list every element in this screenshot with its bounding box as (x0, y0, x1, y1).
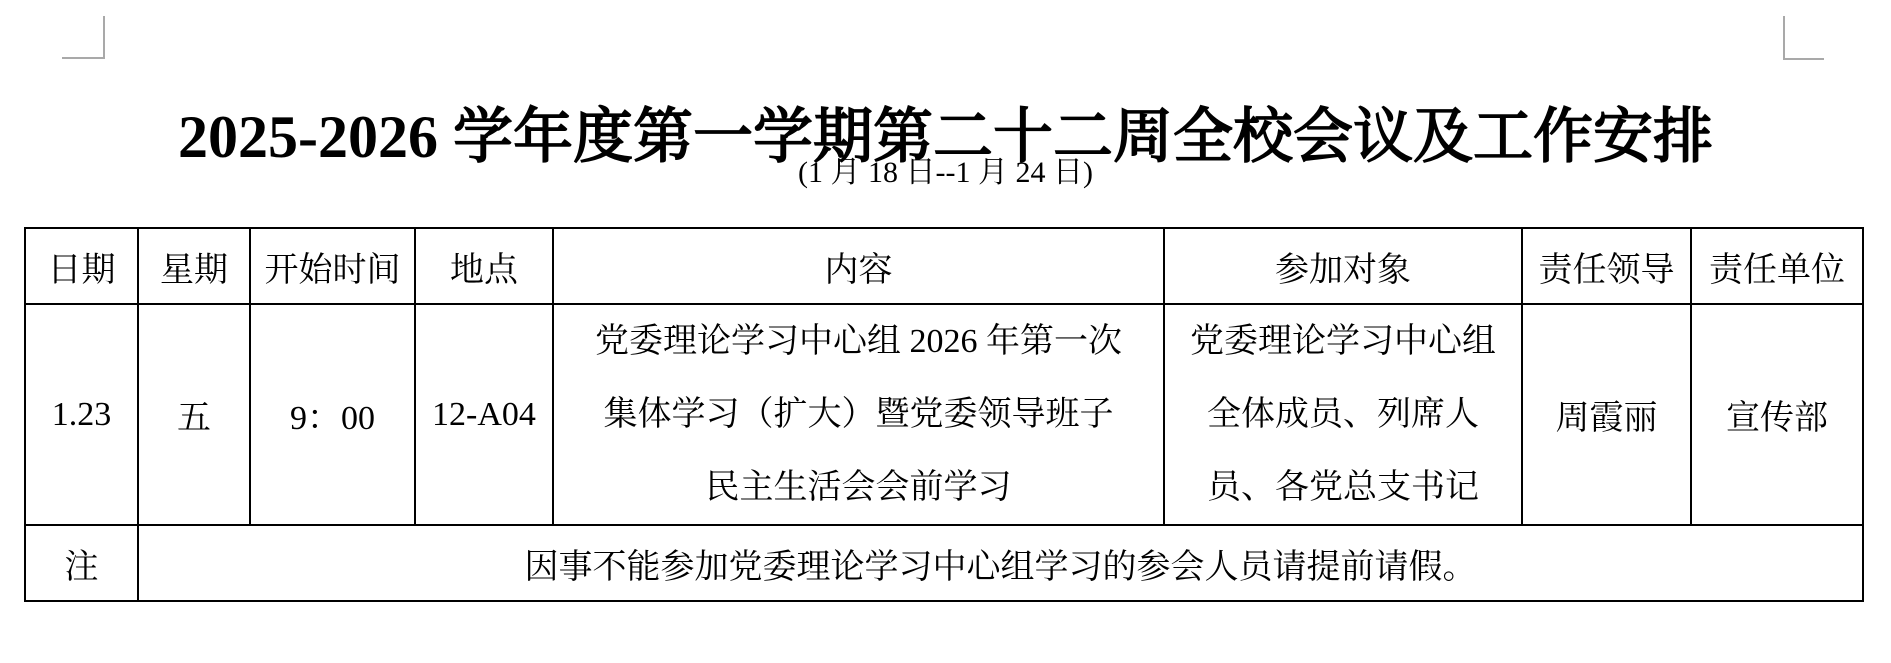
col-header-leader: 责任领导 (1522, 228, 1691, 304)
cell-weekday: 五 (138, 304, 250, 525)
date-range-subtitle: (1 月 18 日--1 月 24 日) (0, 151, 1891, 195)
schedule-table: 日期 星期 开始时间 地点 内容 参加对象 责任领导 责任单位 1.23 五 9… (24, 227, 1864, 602)
col-header-start-time: 开始时间 (250, 228, 415, 304)
table-row: 1.23 五 9：00 12-A04 党委理论学习中心组 2026 年第一次 集… (25, 304, 1863, 525)
col-header-weekday: 星期 (138, 228, 250, 304)
col-header-content: 内容 (553, 228, 1164, 304)
cell-date: 1.23 (25, 304, 138, 525)
note-text: 因事不能参加党委理论学习中心组学习的参会人员请提前请假。 (138, 525, 1863, 601)
cell-content: 党委理论学习中心组 2026 年第一次 集体学习（扩大）暨党委领导班子 民主生活… (553, 304, 1164, 525)
col-header-participants: 参加对象 (1164, 228, 1522, 304)
note-label: 注 (25, 525, 138, 601)
col-header-date: 日期 (25, 228, 138, 304)
cell-location: 12-A04 (415, 304, 553, 525)
cell-participants: 党委理论学习中心组 全体成员、列席人 员、各党总支书记 (1164, 304, 1522, 525)
col-header-location: 地点 (415, 228, 553, 304)
cell-unit: 宣传部 (1691, 304, 1863, 525)
page-margin-mark-top-right (1783, 16, 1824, 60)
cell-start-time: 9：00 (250, 304, 415, 525)
note-row: 注 因事不能参加党委理论学习中心组学习的参会人员请提前请假。 (25, 525, 1863, 601)
cell-leader: 周霞丽 (1522, 304, 1691, 525)
table-header-row: 日期 星期 开始时间 地点 内容 参加对象 责任领导 责任单位 (25, 228, 1863, 304)
col-header-unit: 责任单位 (1691, 228, 1863, 304)
page-margin-mark-top-left (62, 16, 105, 59)
document-page: 2025-2026 学年度第一学期第二十二周全校会议及工作安排 (1 月 18 … (0, 0, 1891, 663)
